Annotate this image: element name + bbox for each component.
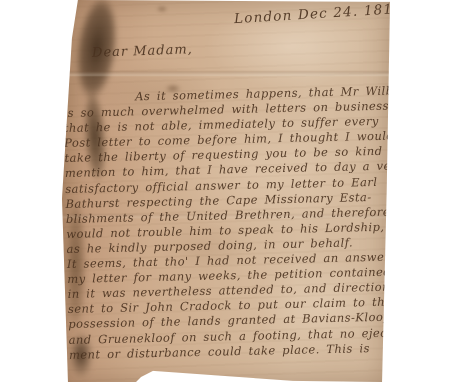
fold-crease: [58, 71, 390, 76]
letter-paper: London Dec 24. 1810 Dear Madam, As it so…: [58, 0, 390, 382]
salutation: Dear Madam,: [92, 42, 193, 61]
dateline: London Dec 24. 1810: [234, 1, 404, 27]
letter-scan-image: London Dec 24. 1810 Dear Madam, As it so…: [0, 0, 468, 382]
letter-body: As it sometimes happens, that Mr Wilberf…: [63, 83, 405, 362]
ink-spot: [154, 4, 170, 14]
